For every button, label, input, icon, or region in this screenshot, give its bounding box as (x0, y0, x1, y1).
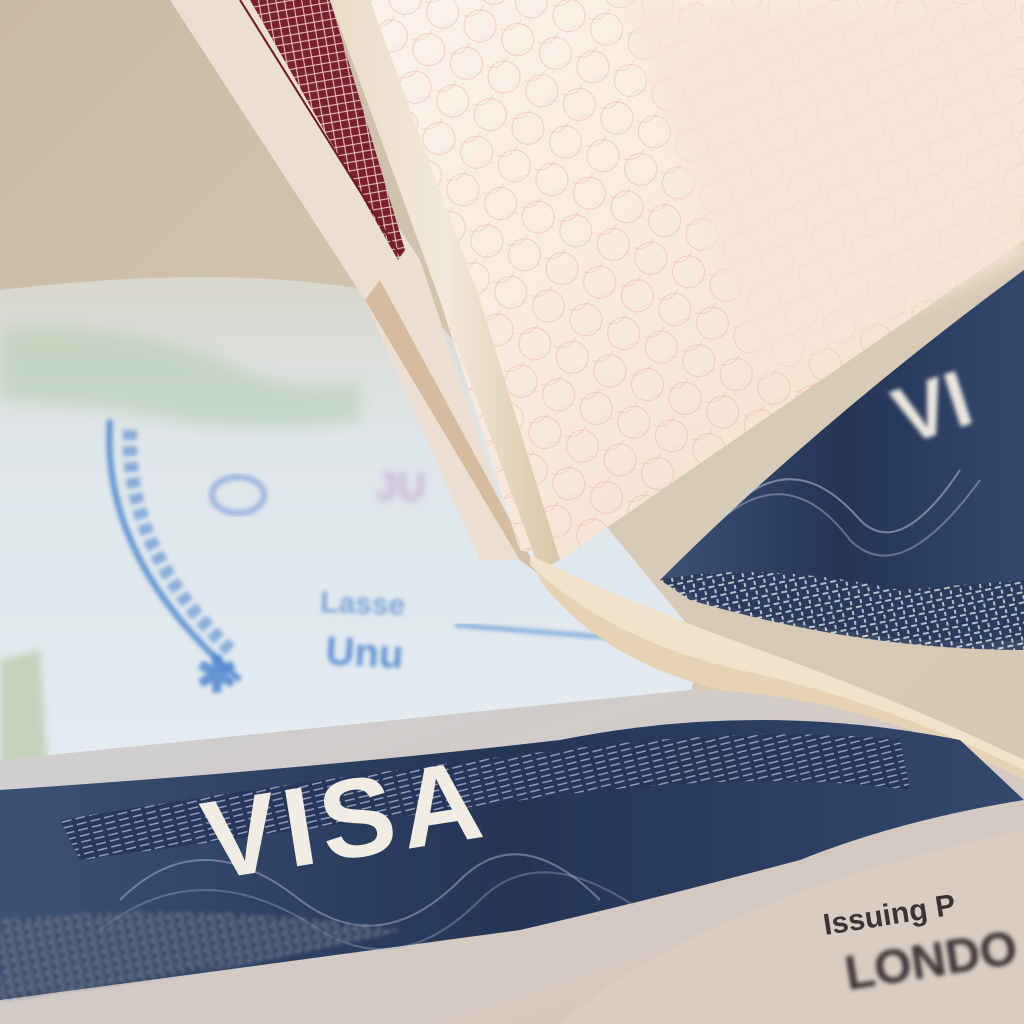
stamp-pink-fragment: JU (375, 465, 426, 509)
photo-canvas: ✱ Lasse Unu JU (0, 0, 1024, 1024)
stamp-line1: Lasse (320, 586, 406, 622)
passport-photo: ✱ Lasse Unu JU (0, 0, 1024, 1024)
stamp-line2: Unu (325, 629, 405, 677)
stamp-star: ✱ (196, 647, 238, 703)
